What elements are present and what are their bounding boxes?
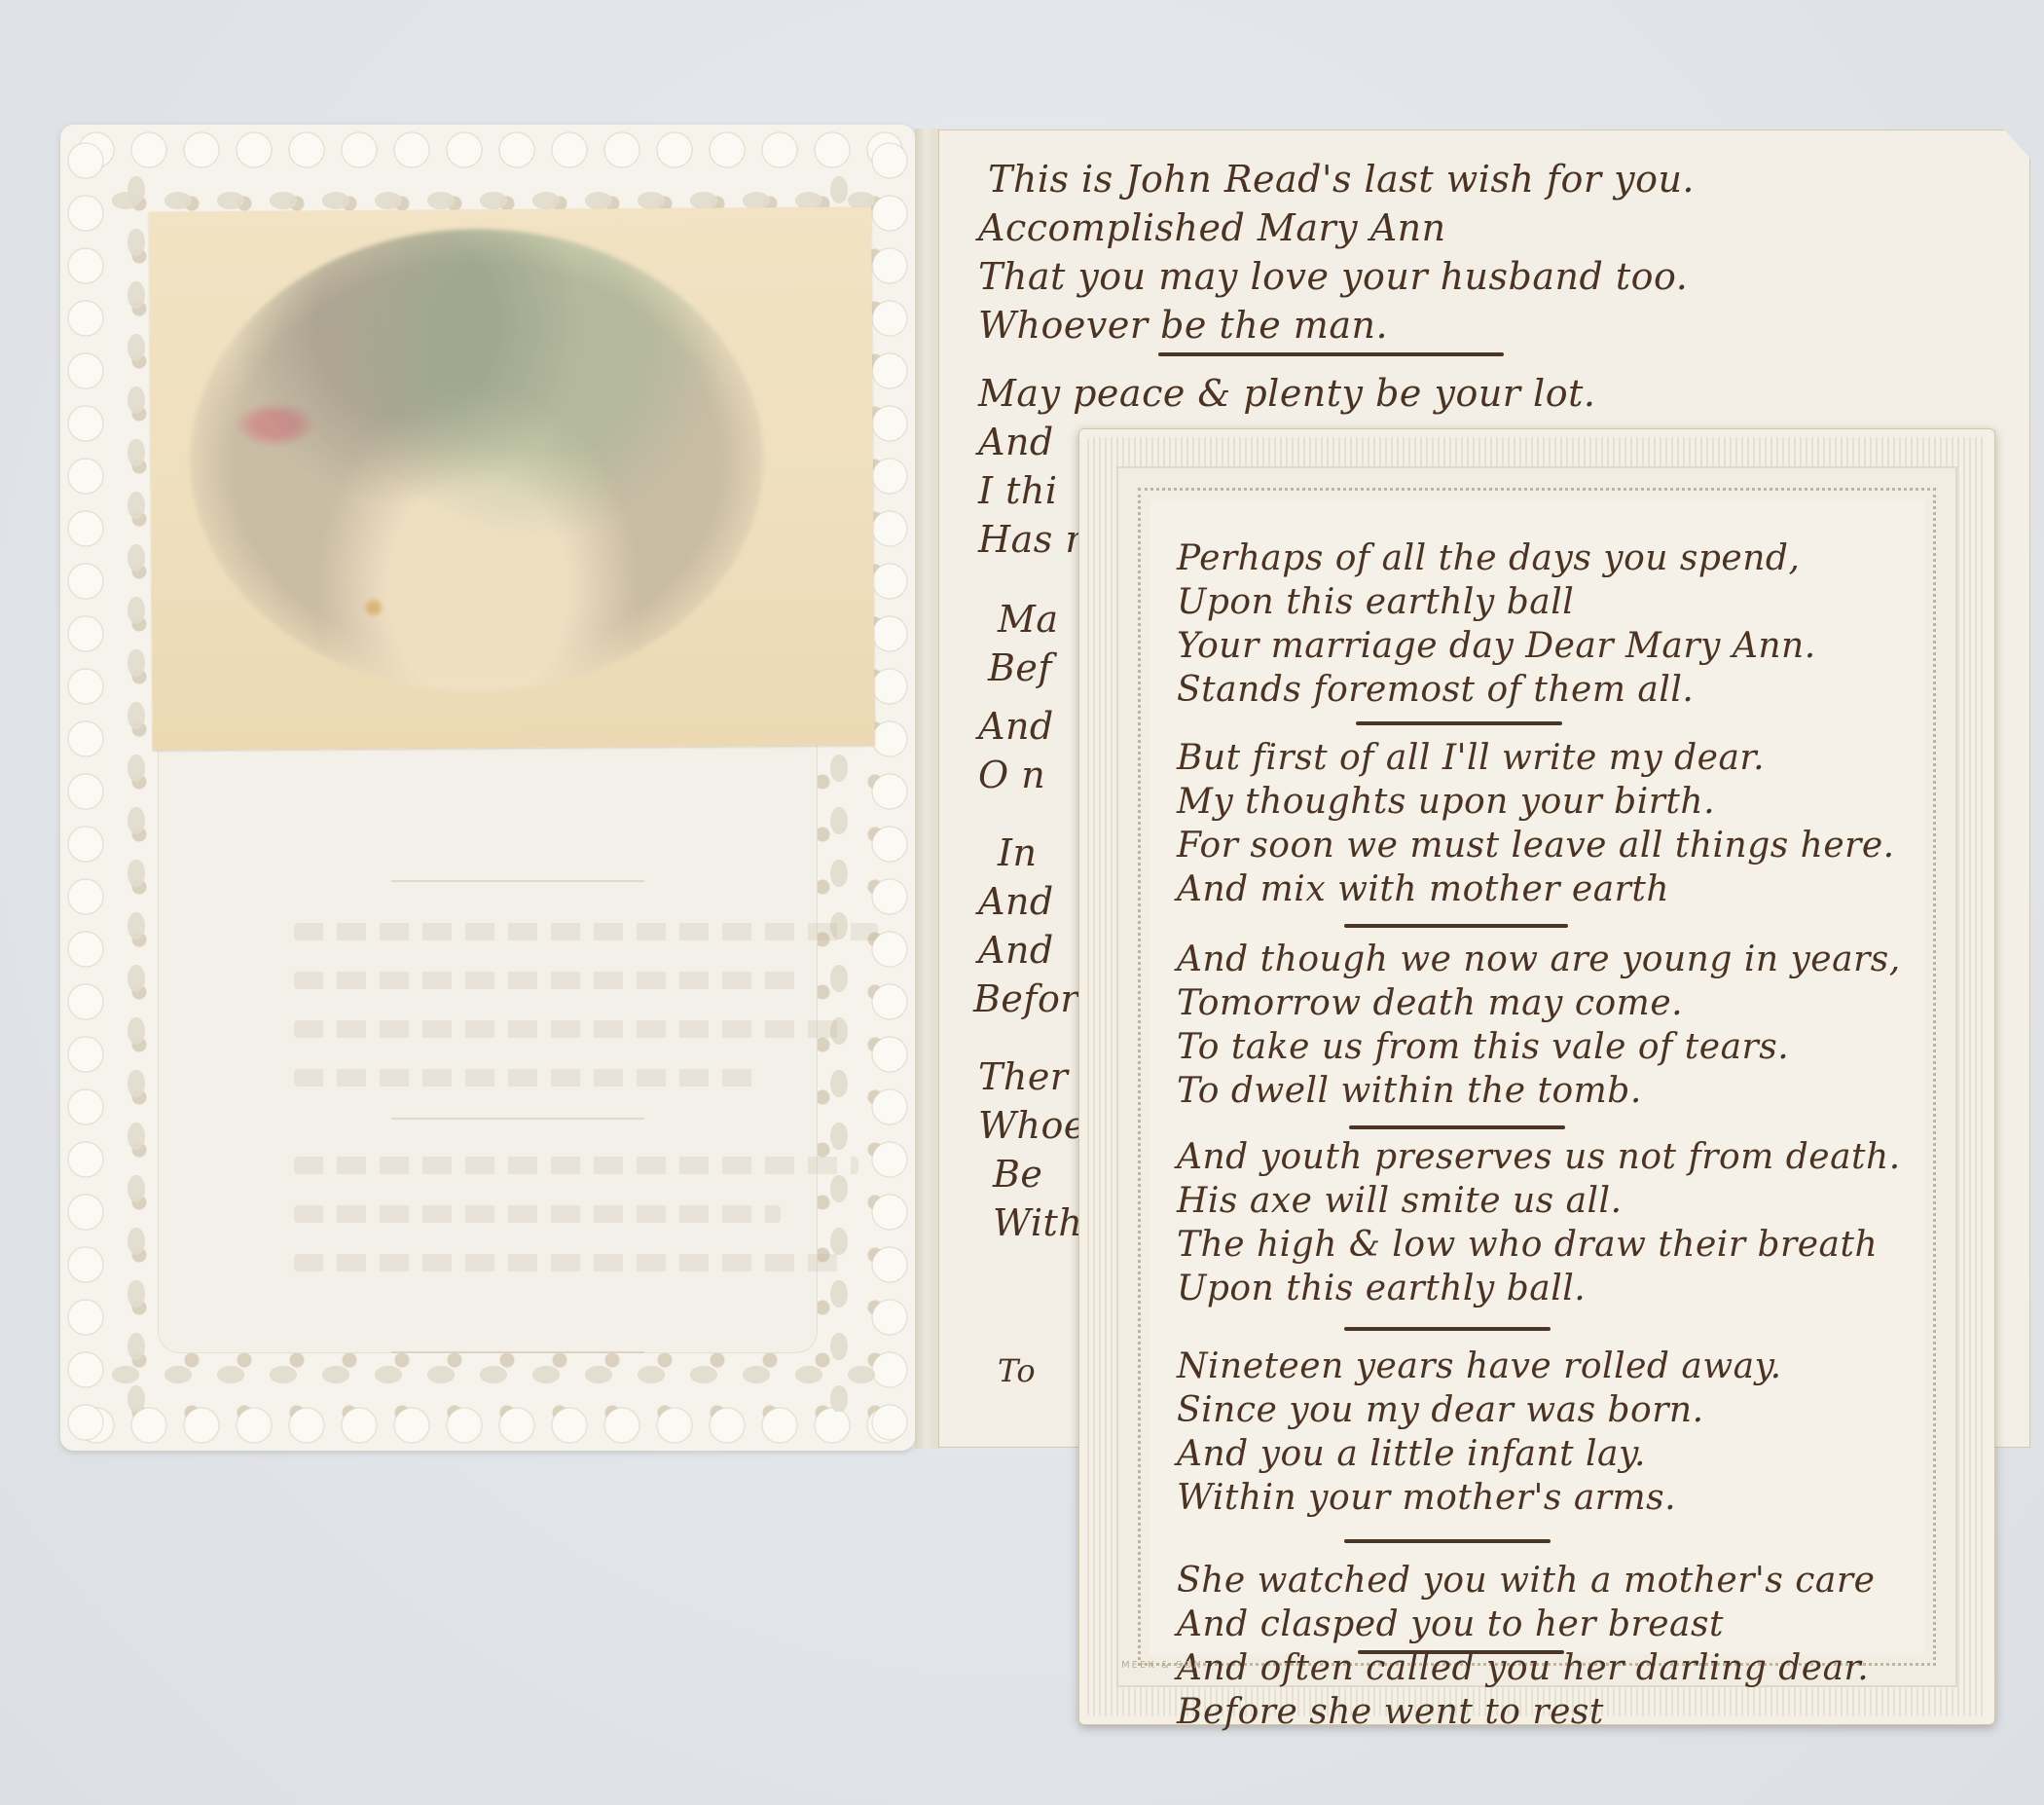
letter-line: Bef bbox=[988, 646, 1052, 689]
letter-line: Accomplished Mary Ann bbox=[978, 206, 1446, 249]
folded-spine bbox=[915, 129, 940, 1449]
letter-line: And bbox=[978, 880, 1054, 923]
show-through-text-line bbox=[294, 1020, 839, 1038]
poem-line: His axe will smite us all. bbox=[1177, 1181, 1623, 1221]
poem-line: Within your mother's arms. bbox=[1177, 1478, 1676, 1518]
letter-line: Ma bbox=[998, 598, 1059, 641]
poem-line: Nineteen years have rolled away. bbox=[1177, 1346, 1782, 1386]
letter-line: Befor bbox=[973, 977, 1078, 1020]
poem-line: My thoughts upon your birth. bbox=[1177, 782, 1715, 822]
show-through-text-line bbox=[294, 1254, 839, 1271]
letter-line: That you may love your husband too. bbox=[978, 255, 1688, 298]
poem-line: And youth preserves us not from death. bbox=[1177, 1137, 1901, 1177]
show-through-text-line bbox=[294, 923, 878, 940]
poem-line: Your marriage day Dear Mary Ann. bbox=[1177, 626, 1816, 666]
tissue-paper-insert bbox=[149, 206, 875, 750]
poem-line: Perhaps of all the days you spend, bbox=[1177, 538, 1800, 578]
show-through-rule bbox=[391, 1351, 644, 1353]
poem-line: Upon this earthly ball. bbox=[1177, 1269, 1586, 1308]
oval-floral-vignette-image bbox=[188, 227, 765, 693]
show-through-text-line bbox=[294, 1157, 858, 1174]
letter-line: Whoe bbox=[978, 1104, 1086, 1147]
embossed-poem-card: Perhaps of all the days you spend, Upon … bbox=[1078, 428, 1995, 1725]
stanza-divider bbox=[1344, 1327, 1551, 1331]
poem-line: To dwell within the tomb. bbox=[1177, 1071, 1642, 1111]
poem-line: And often called you her darling dear. bbox=[1177, 1648, 1869, 1688]
poem-line: But first of all I'll write my dear. bbox=[1177, 738, 1765, 778]
letter-line: May peace & plenty be your lot. bbox=[978, 372, 1595, 415]
stanza-divider bbox=[1358, 1650, 1564, 1654]
maker-stamp: MEEK & SON bbox=[1121, 1660, 1203, 1671]
foxing-stain bbox=[366, 600, 382, 615]
poem-line: For soon we must leave all things here. bbox=[1177, 826, 1895, 866]
show-through-rule bbox=[391, 1118, 644, 1120]
poem-line: Tomorrow death may come. bbox=[1177, 983, 1683, 1023]
poem-line: She watched you with a mother's care bbox=[1177, 1561, 1875, 1601]
letter-line: Whoever be the man. bbox=[978, 304, 1388, 347]
letter-line: This is John Read's last wish for you. bbox=[988, 158, 1695, 201]
letter-line: To bbox=[998, 1352, 1036, 1389]
letter-line: And bbox=[978, 421, 1054, 463]
poem-line: Stands foremost of them all. bbox=[1177, 670, 1694, 710]
letter-line: And bbox=[978, 929, 1054, 972]
stanza-divider bbox=[1344, 924, 1568, 928]
poem-line: Before she went to rest bbox=[1177, 1692, 1604, 1732]
poem-line: Since you my dear was born. bbox=[1177, 1390, 1704, 1430]
show-through-text-line bbox=[294, 972, 800, 989]
letter-line: In bbox=[998, 831, 1037, 874]
poem-line: To take us from this vale of tears. bbox=[1177, 1027, 1789, 1067]
lace-perforations-bottom bbox=[99, 1345, 876, 1404]
stanza-divider bbox=[1349, 1125, 1565, 1129]
letter-line: Be bbox=[993, 1153, 1042, 1196]
letter-line: I thi bbox=[978, 469, 1058, 512]
letter-line: And bbox=[978, 705, 1054, 748]
stanza-divider bbox=[1356, 721, 1562, 725]
poem-panel: Perhaps of all the days you spend, Upon … bbox=[1150, 499, 1924, 1654]
poem-line: And mix with mother earth bbox=[1177, 869, 1669, 909]
poem-line: Upon this earthly ball bbox=[1177, 582, 1574, 622]
poem-line: The high & low who draw their breath bbox=[1177, 1225, 1878, 1265]
letter-line: O n bbox=[978, 754, 1045, 796]
letter-line: Ther bbox=[978, 1055, 1068, 1098]
show-through-text-line bbox=[294, 1069, 761, 1087]
stanza-divider bbox=[1158, 352, 1504, 356]
letter-line: With bbox=[993, 1201, 1082, 1244]
lace-scallop-edge-left bbox=[66, 134, 105, 1441]
poem-line: And you a little infant lay. bbox=[1177, 1434, 1646, 1474]
stanza-divider bbox=[1344, 1539, 1551, 1543]
lace-scallop-edge-bottom bbox=[70, 1406, 905, 1445]
show-through-text-line bbox=[294, 1205, 781, 1223]
lace-scallop-edge-right bbox=[870, 134, 909, 1441]
poem-line: And though we now are young in years, bbox=[1177, 939, 1901, 979]
show-through-rule bbox=[391, 880, 644, 882]
poem-line: And clasped you to her breast bbox=[1177, 1604, 1724, 1644]
lace-scallop-edge-top bbox=[70, 130, 905, 169]
